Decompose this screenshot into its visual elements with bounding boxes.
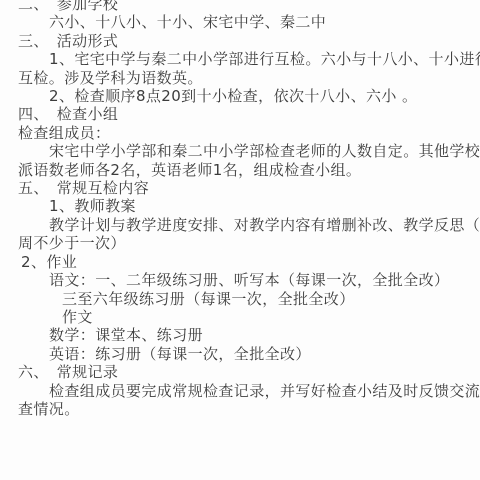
doc-line-composition: 作文 <box>18 308 466 326</box>
doc-line-team-members-detail: 宋宅中学小学部和秦二中小学部检查老师的人数自定。其他学校各 <box>18 142 466 160</box>
document-page: 二、 参加学校 六小、十八小、十小、宋宅中学、秦二中 三、 活动形式 1、宅宅中… <box>0 0 480 475</box>
section-header-check-content: 五、 常规互检内容 <box>18 179 466 197</box>
doc-line-mutual-check-1: 1、宅宅中学与秦二中小学部进行互检。六小与十八小、十小进行 <box>18 50 466 68</box>
doc-line-records-requirement: 检查组成员要完成常规检查记录，并写好检查小结及时反馈交流检 <box>18 382 466 400</box>
doc-line-records-requirement-cont: 查情况。 <box>18 400 466 418</box>
doc-line-chinese-homework: 语文：一、二年级练习册、听写本（每课一次，全批全改） <box>18 271 466 289</box>
section-header-inspection-team: 四、 检查小组 <box>18 105 466 123</box>
doc-line-team-members-detail-cont: 派语数老师各2名，英语老师1名，组成检查小组。 <box>18 161 466 179</box>
section-header-activity-format: 三、 活动形式 <box>18 32 466 50</box>
doc-line-teaching-plan-detail-cont: 周不少于一次） <box>18 234 466 252</box>
doc-line-team-members-label: 检查组成员： <box>18 124 466 142</box>
doc-line-mutual-check-1-cont: 互检。涉及学科为语数英。 <box>18 69 466 87</box>
doc-line-homework-header: 2、作业 <box>18 253 466 271</box>
doc-line-math-homework: 数学：课堂本、练习册 <box>18 326 466 344</box>
doc-line-check-order: 2、检查顺序8点20到十小检查，依次十八小、六小 。 <box>18 87 466 105</box>
doc-line-english-homework: 英语：练习册（每课一次，全批全改） <box>18 345 466 363</box>
section-header-participating-schools: 二、 参加学校 <box>18 0 466 13</box>
doc-line-teacher-lesson-plans: 1、教师教案 <box>18 197 466 215</box>
doc-line-school-list: 六小、十八小、十小、宋宅中学、秦二中 <box>18 13 466 31</box>
doc-line-teaching-plan-detail: 教学计划与教学进度安排、对教学内容有增删补改、教学反思（每 <box>18 216 466 234</box>
section-header-routine-records: 六、 常规记录 <box>18 363 466 381</box>
doc-line-chinese-homework-grades36: 三至六年级练习册（每课一次，全批全改） <box>18 290 466 308</box>
